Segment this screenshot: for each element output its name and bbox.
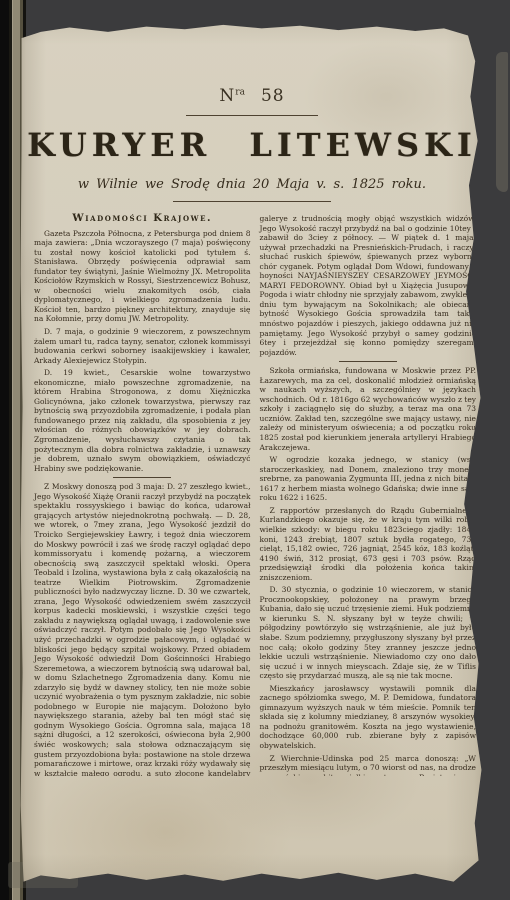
left-column: Wiadomości Krajowe. Gazeta Pszczoła Półn… [34,214,251,776]
newspaper-title: KURYER LITEWSKI [12,126,492,164]
item-divider-rule [339,361,397,362]
item-divider-rule [113,477,171,478]
news-paragraph: D. 7 maja, o godzinie 9 wieczorem, z pow… [34,327,251,365]
news-paragraph: Z Wierchnie-Udinska pod 25 marca donoszą… [260,754,477,776]
article-columns: Wiadomości Krajowe. Gazeta Pszczoła Półn… [12,202,492,776]
newspaper-page: Nra58 KURYER LITEWSKI w Wilnie we Srodę … [12,8,492,894]
news-paragraph: Gazeta Pszczoła Północna, z Petersburga … [34,229,251,324]
underlying-page-edge-top [496,52,508,192]
news-paragraph-continuation: galerye z trudnością mogły objąć wszystk… [260,214,477,357]
issue-number: 58 [261,86,285,106]
section-heading: Wiadomości Krajowe. [34,214,251,224]
news-paragraph: D. 19 kwiet., Cesarskie wolne towarzystw… [34,368,251,473]
news-paragraph: Szkoła ormiańska, fundowana w Moskwie pr… [260,366,477,452]
dateline: w Wilnie we Srodę dnia 20 Maja v. s. 182… [12,177,492,192]
right-column: galerye z trudnością mogły objąć wszystk… [260,214,477,776]
issue-prefix: N [219,86,235,106]
news-paragraph: Z rapportów przesłanych do Rządu Guberni… [260,506,477,582]
issue-superscript: ra [235,87,245,97]
issue-number-line: Nra58 [12,86,492,106]
masthead: Nra58 KURYER LITEWSKI w Wilnie we Srodę … [12,86,492,202]
news-paragraph: W ogrodzie kozaka jednego, w stanicy (ws… [260,455,477,503]
news-paragraph: Z Moskwy donoszą pod 3 maja: D. 27 zeszł… [34,482,251,776]
masthead-rule-top [186,115,318,116]
scan-backdrop: Nra58 KURYER LITEWSKI w Wilnie we Srodę … [0,0,510,900]
news-paragraph: D. 30 stycznia, o godzinie 10 wieczorem,… [260,585,477,680]
news-paragraph: Mieszkańcy jarosławscy wystawili pomnik … [260,684,477,751]
